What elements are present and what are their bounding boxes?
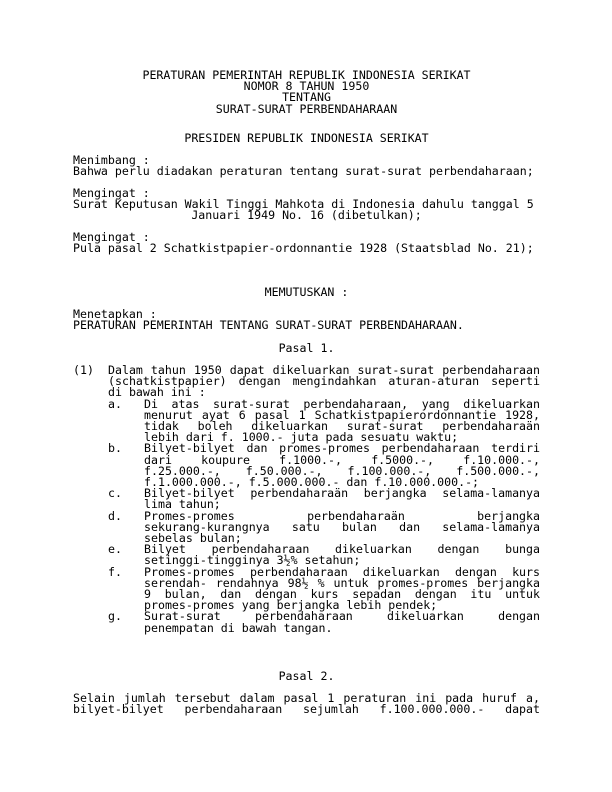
item-text: Surat-surat perbendaharaan dikeluarkan d…	[144, 611, 540, 633]
menimbang-text: Bahwa perlu diadakan peraturan tentang s…	[73, 166, 540, 177]
document-title: PERATURAN PEMERINTAH REPUBLIK INDONESIA …	[73, 70, 540, 115]
document-page: PERATURAN PEMERINTAH REPUBLIK INDONESIA …	[0, 0, 612, 792]
mengingat-text: Pula pasal 2 Schatkistpapier-ordonnantie…	[73, 243, 540, 254]
issuer-heading: PRESIDEN REPUBLIK INDONESIA SERIKAT	[73, 133, 540, 144]
pasal-1-title: Pasal 1.	[73, 343, 540, 354]
memutuskan-heading: MEMUTUSKAN :	[73, 287, 540, 298]
ayat-number: (1)	[73, 365, 94, 376]
item-letter: b.	[108, 443, 122, 454]
menetapkan-section: Menetapkan : PERATURAN PEMERINTAH TENTAN…	[73, 309, 540, 331]
item-letter: c.	[108, 488, 122, 499]
item-letter: d.	[108, 511, 122, 522]
item-text: Bilyet-bilyet perbendaharaän berjangka s…	[144, 488, 540, 510]
ayat-1-text: Dalam tahun 1950 dapat dikeluarkan surat…	[108, 365, 540, 399]
item-letter: f.	[108, 567, 122, 578]
menimbang-section: Menimbang : Bahwa perlu diadakan peratur…	[73, 155, 540, 177]
mengingat-text: Januari 1949 No. 16 (dibetulkan);	[73, 210, 540, 221]
item-letter: a.	[108, 399, 122, 410]
item-text: Bilyet-bilyet dan promes-promes perbenda…	[144, 443, 540, 488]
ayat-1: (1) Dalam tahun 1950 dapat dikeluarkan s…	[73, 365, 540, 665]
pasal-2-text: Selain jumlah tersebut dalam pasal 1 per…	[73, 693, 540, 715]
menetapkan-text: PERATURAN PEMERINTAH TENTANG SURAT-SURAT…	[73, 320, 540, 331]
mengingat-section-2: Mengingat : Pula pasal 2 Schatkistpapier…	[73, 232, 540, 254]
item-letter: e.	[108, 544, 122, 555]
pasal-2-title: Pasal 2.	[73, 671, 540, 682]
text-line: bilyet-bilyet perbendaharaan sejumlah f.…	[73, 704, 540, 715]
mengingat-section-1: Mengingat : Surat Keputusan Wakil Tinggi…	[73, 188, 540, 222]
item-text: Di atas surat-surat perbendaharaan, yang…	[144, 399, 540, 444]
title-line: SURAT-SURAT PERBENDAHARAAN	[73, 104, 540, 115]
item-text: Bilyet perbendaharaan dikeluarkan dengan…	[144, 544, 540, 566]
item-text: Promes-promes perbendaharaän berjangka s…	[144, 511, 540, 545]
item-text: Promes-promes perbendaharaan dikeluarkan…	[144, 567, 540, 612]
memutuskan-text: MEMUTUSKAN :	[73, 287, 540, 298]
text-line: penempatan di bawah tangan.	[144, 623, 540, 634]
pasal-1-heading: Pasal 1.	[73, 343, 540, 354]
pasal-2-heading: Pasal 2.	[73, 671, 540, 682]
issuer-text: PRESIDEN REPUBLIK INDONESIA SERIKAT	[73, 133, 540, 144]
item-letter: g.	[108, 611, 122, 622]
